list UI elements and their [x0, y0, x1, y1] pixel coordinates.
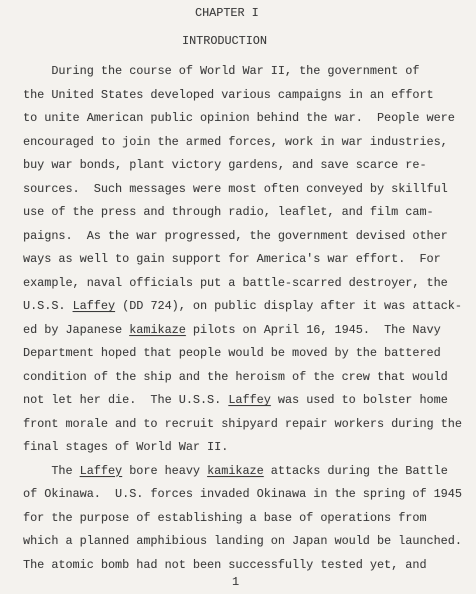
text-segment: not let her die. The U.S.S. — [23, 393, 228, 407]
document-page: CHAPTER I INTRODUCTION During the course… — [0, 0, 476, 594]
text-line: paigns. As the war progressed, the gover… — [23, 229, 476, 253]
text-segment: front morale and to recruit shipyard rep… — [23, 417, 462, 431]
chapter-heading: CHAPTER I — [195, 6, 476, 20]
text-segment: paigns. As the war progressed, the gover… — [23, 229, 448, 243]
text-line: not let her die. The U.S.S. Laffey was u… — [23, 393, 476, 417]
text-line: the United States developed various camp… — [23, 88, 476, 112]
text-segment: for the purpose of establishing a base o… — [23, 511, 427, 525]
text-segment: sources. Such messages were most often c… — [23, 182, 448, 196]
underlined-term: Laffey — [73, 299, 115, 313]
text-line: encouraged to join the armed forces, wor… — [23, 135, 476, 159]
text-segment: During the course of World War II, the g… — [23, 64, 419, 78]
text-line: U.S.S. Laffey (DD 724), on public displa… — [23, 299, 476, 323]
text-line: Department hoped that people would be mo… — [23, 346, 476, 370]
text-line: During the course of World War II, the g… — [23, 64, 476, 88]
text-segment: (DD 724), on public display after it was… — [115, 299, 462, 313]
body-text: During the course of World War II, the g… — [23, 64, 476, 581]
text-line: buy war bonds, plant victory gardens, an… — [23, 158, 476, 182]
text-segment: encouraged to join the armed forces, wor… — [23, 135, 448, 149]
text-segment: U.S.S. — [23, 299, 73, 313]
underlined-term: Laffey — [228, 393, 270, 407]
text-segment: attacks during the Battle — [264, 464, 448, 478]
text-segment: the United States developed various camp… — [23, 88, 434, 102]
underlined-term: kamikaze — [129, 323, 186, 337]
text-segment: ed by Japanese — [23, 323, 129, 337]
text-line: example, naval officials put a battle-sc… — [23, 276, 476, 300]
text-segment: of Okinawa. U.S. forces invaded Okinawa … — [23, 487, 462, 501]
text-segment: to unite American public opinion behind … — [23, 111, 455, 125]
title-heading: INTRODUCTION — [182, 34, 476, 48]
text-line: front morale and to recruit shipyard rep… — [23, 417, 476, 441]
text-line: which a planned amphibious landing on Ja… — [23, 534, 476, 558]
underlined-term: Laffey — [80, 464, 122, 478]
text-segment: The atomic bomb had not been successfull… — [23, 558, 427, 572]
text-segment: buy war bonds, plant victory gardens, an… — [23, 158, 427, 172]
text-line: ways as well to gain support for America… — [23, 252, 476, 276]
page-number: 1 — [232, 575, 476, 589]
text-line: ed by Japanese kamikaze pilots on April … — [23, 323, 476, 347]
text-line: condition of the ship and the heroism of… — [23, 370, 476, 394]
text-line: of Okinawa. U.S. forces invaded Okinawa … — [23, 487, 476, 511]
text-line: to unite American public opinion behind … — [23, 111, 476, 135]
text-line: final stages of World War II. — [23, 440, 476, 464]
text-segment: pilots on April 16, 1945. The Navy — [186, 323, 441, 337]
text-segment: final stages of World War II. — [23, 440, 228, 454]
text-segment: Department hoped that people would be mo… — [23, 346, 441, 360]
text-segment: was used to bolster home — [271, 393, 448, 407]
text-line: sources. Such messages were most often c… — [23, 182, 476, 206]
text-line: use of the press and through radio, leaf… — [23, 205, 476, 229]
text-segment: use of the press and through radio, leaf… — [23, 205, 434, 219]
text-segment: which a planned amphibious landing on Ja… — [23, 534, 462, 548]
text-segment: ways as well to gain support for America… — [23, 252, 441, 266]
text-line: The Laffey bore heavy kamikaze attacks d… — [23, 464, 476, 488]
text-segment: bore heavy — [122, 464, 207, 478]
text-line: for the purpose of establishing a base o… — [23, 511, 476, 535]
text-segment: condition of the ship and the heroism of… — [23, 370, 448, 384]
text-segment: The — [23, 464, 80, 478]
text-segment: example, naval officials put a battle-sc… — [23, 276, 448, 290]
underlined-term: kamikaze — [207, 464, 264, 478]
